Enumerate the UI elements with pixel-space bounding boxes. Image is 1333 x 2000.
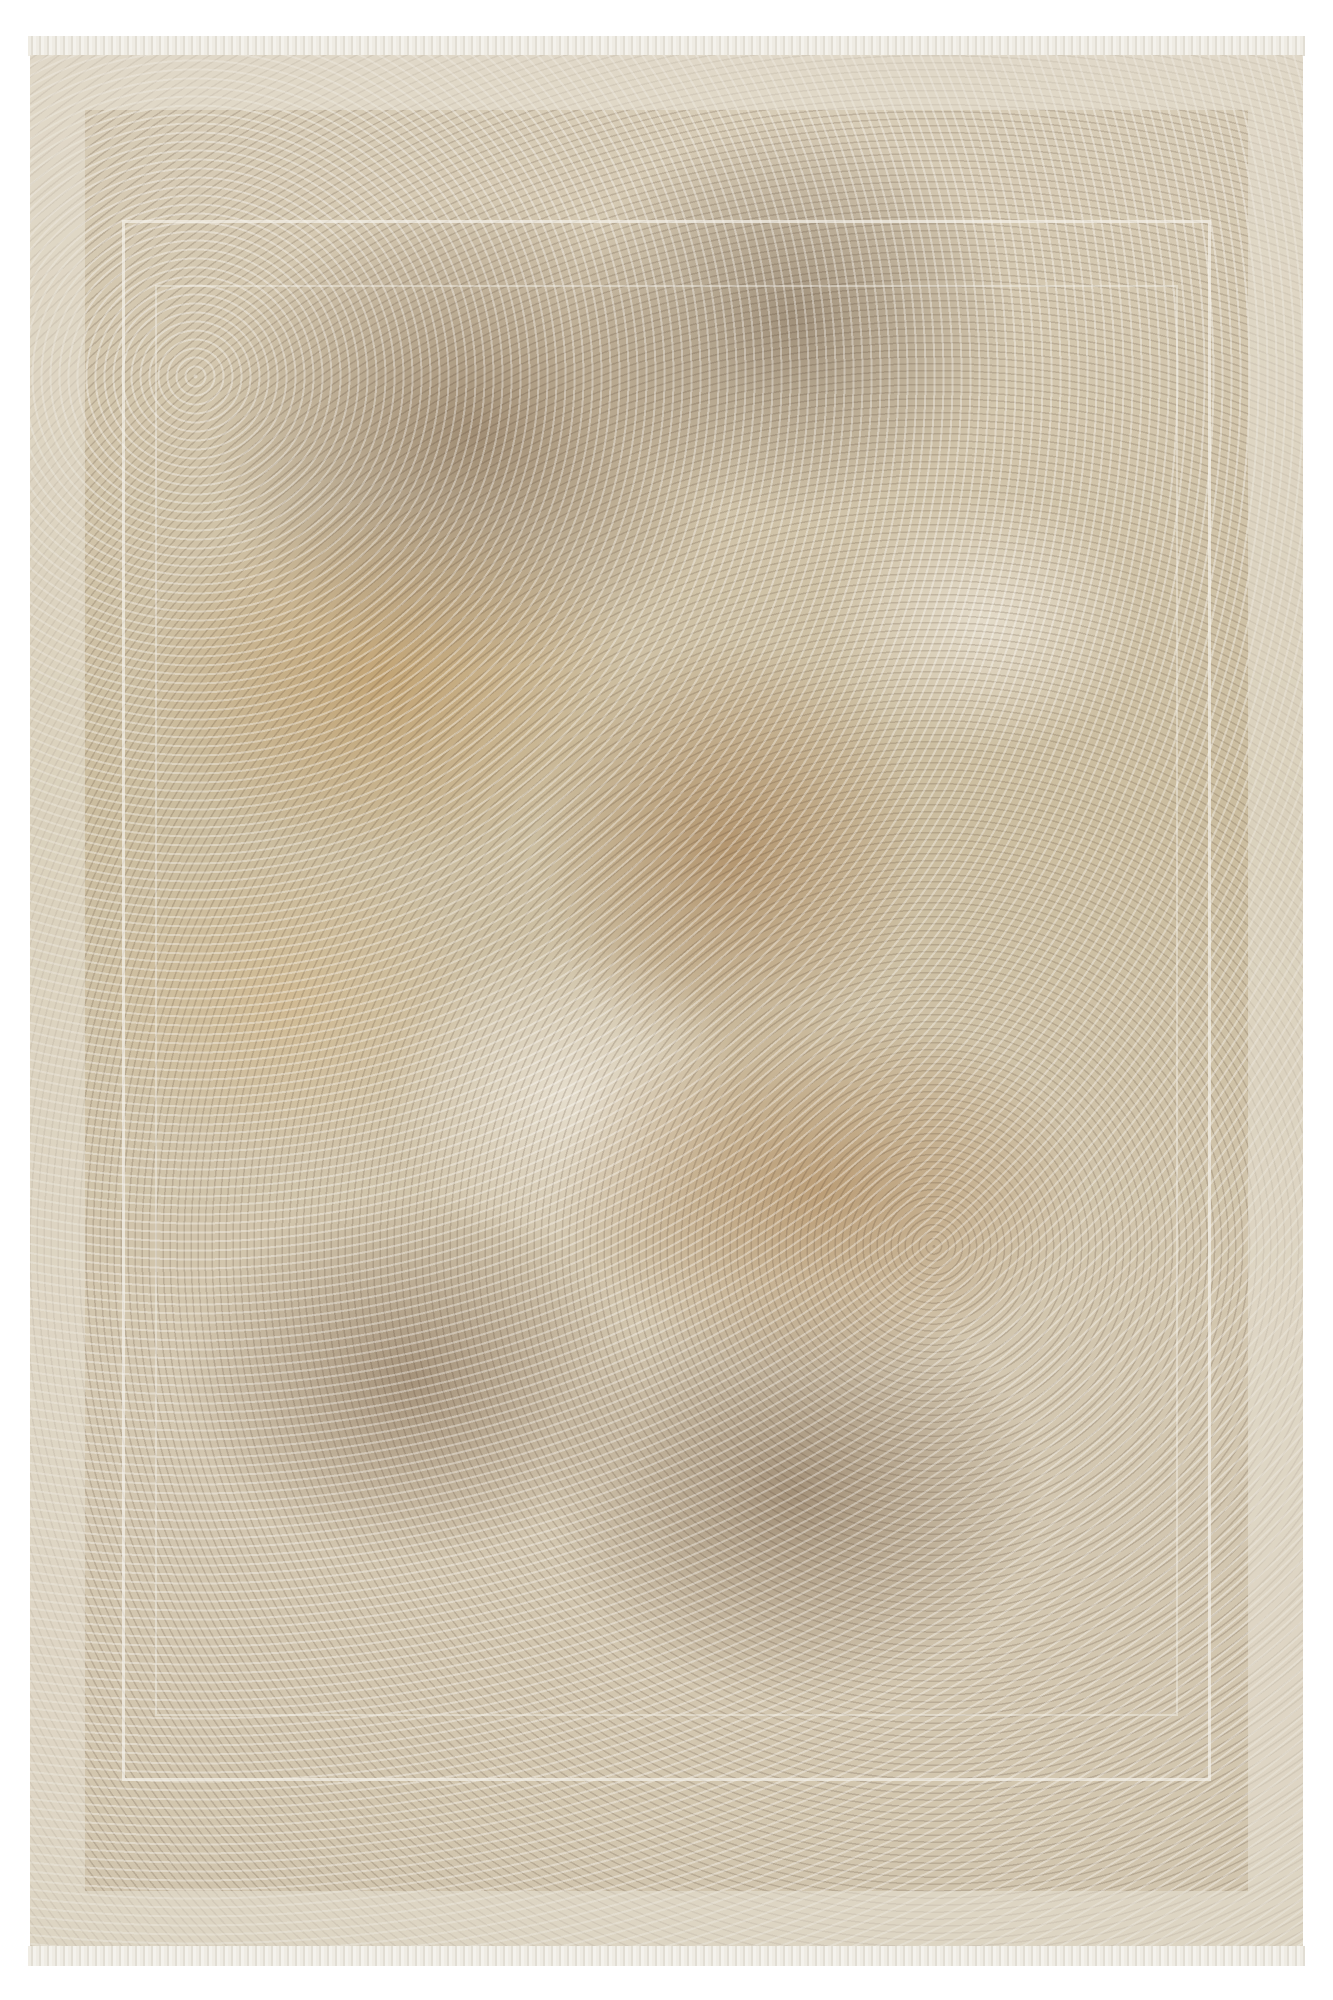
rug-fringe-top [28,36,1305,56]
rug-body [30,55,1303,1946]
rug-product-photo [0,0,1333,2000]
rug-inner-border-line-2 [155,285,1178,1716]
rug-fringe-bottom [28,1946,1305,1966]
